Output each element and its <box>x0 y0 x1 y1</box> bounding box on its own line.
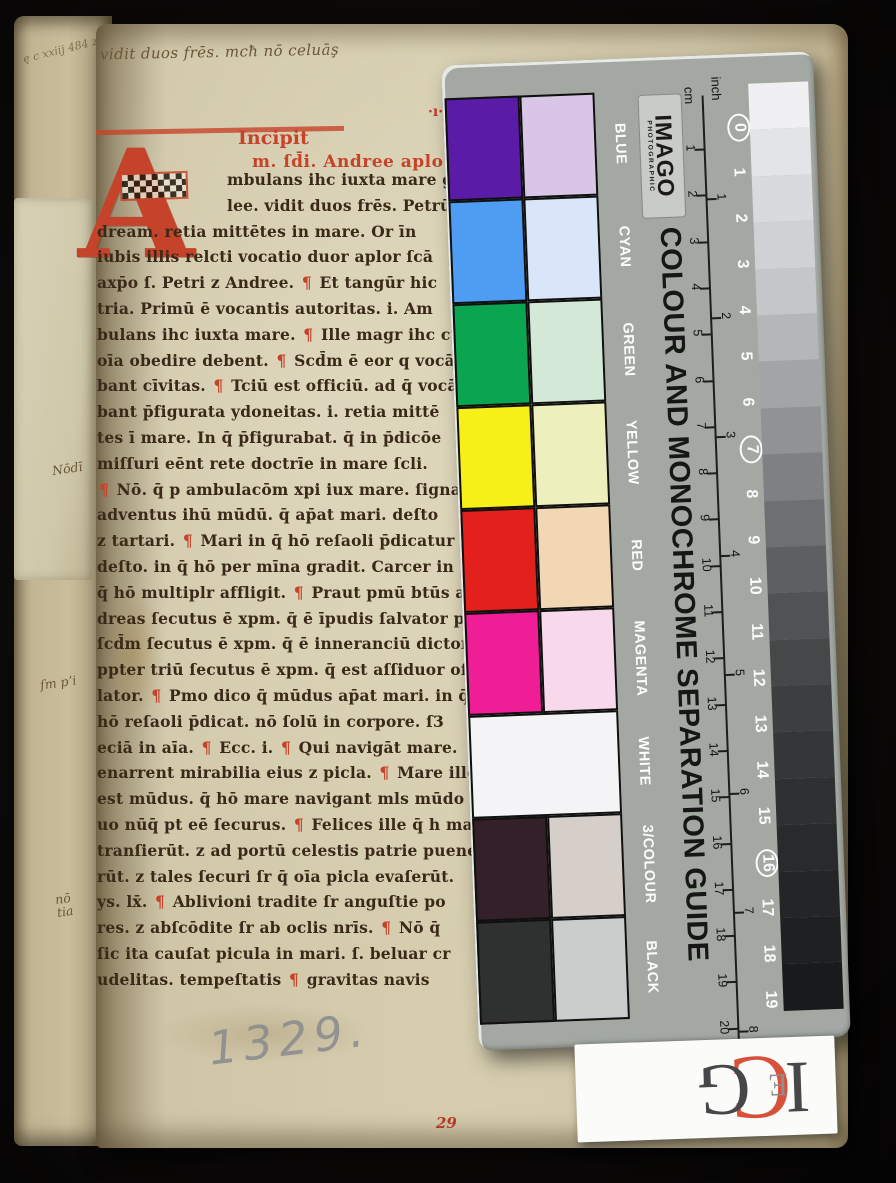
manuscript-line: res. z abſcōdite ſr ab oclis nrīs. ¶ Nō … <box>97 915 469 941</box>
patch-black-solid <box>476 919 555 1025</box>
grayscale-step-number: 12 <box>747 665 768 690</box>
manuscript-line: oīa obedire debent. ¶ Scd̄m ē eor q vocā <box>97 348 469 374</box>
grayscale-step-number: 0 <box>727 113 751 142</box>
patch-magenta-solid <box>464 610 543 716</box>
colour-label-text: CYAN <box>615 225 633 267</box>
ruler-cm-number: 14 <box>706 740 721 759</box>
red-paragraph-mark: ¶ <box>279 738 293 757</box>
grayscale-patch <box>780 916 842 965</box>
grayscale-patch <box>766 545 828 594</box>
grayscale-patch <box>762 452 824 501</box>
red-paragraph-mark: ¶ <box>149 686 163 705</box>
manuscript-line: dreas ſecutus ē xpm. q̄ ē īpudis ſalvato… <box>97 606 469 632</box>
grayscale-patch <box>750 128 812 177</box>
patch-red-solid <box>460 507 539 613</box>
patch-green-solid <box>452 301 531 407</box>
manuscript-text-block: mbulans ihc iuxta mare galilee. vidit du… <box>97 167 469 993</box>
manuscript-line: dream. retia mittētes in mare. Or īn <box>97 219 469 245</box>
ruler-inch-label: inch <box>708 76 724 100</box>
manuscript-line: ¶ Nō. q̄ p ambulacōm xpi iux mare. ſigna… <box>97 477 469 503</box>
grayscale-patch <box>778 869 840 918</box>
margin-note: Nōdī <box>51 460 83 477</box>
grayscale-step-number: 16 <box>755 849 779 878</box>
manuscript-line: deſto. in q̄ hō per mīna gradit. Carcer … <box>97 554 469 580</box>
grayscale-step-number: 3 <box>732 252 753 277</box>
manuscript-line: eciā in aīa. ¶ Ecc. i. ¶ Qui navigāt mar… <box>97 735 469 761</box>
red-paragraph-mark: ¶ <box>300 273 314 292</box>
grayscale-patch <box>777 823 839 872</box>
ruler-cm-number: 12 <box>703 648 718 667</box>
manuscript-line: enarrent mirabilia eius z picla. ¶ Mare … <box>97 760 469 786</box>
patch-cyan-tint <box>523 196 602 302</box>
colour-label-text: BLUE <box>612 122 630 164</box>
icg-logo: I C E G <box>696 1044 812 1132</box>
manuscript-line: bant cīvitas. ¶ Tciū est officiū. ad q̄ … <box>97 373 469 399</box>
red-paragraph-mark: ¶ <box>292 583 306 602</box>
manuscript-line: tranſierūt. z ad portū celestis patrie p… <box>97 838 469 864</box>
ruler-cm-number: 8 <box>696 463 711 482</box>
colour-patch-row <box>472 813 630 922</box>
ruler-cm-number: 4 <box>689 278 704 297</box>
manuscript-line: rūt. z tales ſecuri ſr q̄ oīa picla evaſ… <box>97 864 469 890</box>
patch-yellow-tint <box>531 401 610 507</box>
red-paragraph-mark: ¶ <box>181 531 195 550</box>
ruler-cm-number: 1 <box>683 139 698 158</box>
colour-patch-row <box>444 92 602 201</box>
grayscale-patch <box>775 777 837 826</box>
grayscale-patch <box>771 684 833 733</box>
colour-label-text: MAGENTA <box>631 620 650 696</box>
ruler-inch-number: 7 <box>742 901 757 920</box>
red-paragraph-mark: ¶ <box>200 738 214 757</box>
colour-label-text: GREEN <box>619 322 637 377</box>
manuscript-line: ſic ita cauſat picula in mari. ſ. beluar… <box>97 941 469 967</box>
ruler-inch-number: 8 <box>746 1020 761 1039</box>
ruler-inch-number: 4 <box>728 544 743 563</box>
margin-note: nō tia <box>54 891 74 919</box>
red-paragraph-mark: ¶ <box>379 918 393 937</box>
colour-label-white: WHITE <box>618 708 670 813</box>
grayscale-step-number: 1 <box>728 160 749 185</box>
icg-letter-e: E <box>768 1067 789 1105</box>
ruler-cm-number: 2 <box>685 185 700 204</box>
colour-patch-row <box>476 916 634 1025</box>
grayscale-step-number: 13 <box>749 711 770 736</box>
ruler-cm-number: 5 <box>690 324 705 343</box>
grayscale-step-number: 15 <box>753 803 774 828</box>
grayscale-step-number: 8 <box>740 482 761 507</box>
manuscript-line: uo nūq̄ pt eē ſecurus. ¶ Felices ille q̄… <box>97 812 469 838</box>
red-paragraph-mark: ¶ <box>274 351 288 370</box>
manuscript-line: ys. lx̄. ¶ Ablivioni tradite ſr anguſtie… <box>97 889 469 915</box>
photograph-stage: ę c xxiij 484 z vidit duos frēs. mcħ nō … <box>0 0 896 1183</box>
patch-red-tint <box>535 504 614 610</box>
ruler-cm-number: 16 <box>710 833 725 852</box>
manuscript-line: mbulans ihc iuxta mare gali <box>97 167 469 193</box>
red-paragraph-mark: ¶ <box>97 480 111 499</box>
grayscale-step-number: 14 <box>751 757 772 782</box>
manuscript-line: lator. ¶ Pmo dico q̄ mūdus ap̄at mari. i… <box>97 683 469 709</box>
patch-white <box>468 710 622 819</box>
colour-label-text: YELLOW <box>623 419 641 485</box>
grayscale-patch <box>761 406 823 455</box>
icg-label-card: I C E G <box>574 1035 837 1142</box>
ruler-cm-number: 18 <box>713 925 728 944</box>
ruler-inch-number: 2 <box>719 306 734 325</box>
manuscript-line: miſſuri eēnt rete doctrīe in mare ſcli. <box>97 451 469 477</box>
grayscale-patch <box>764 499 826 548</box>
manuscript-line: udelitas. tempeſtatis ¶ gravitas navis <box>97 967 469 993</box>
red-paragraph-mark: ¶ <box>301 325 315 344</box>
colour-patch-row <box>448 195 606 304</box>
colour-label-text: 3/COLOUR <box>639 824 658 903</box>
colour-label-magenta: MAGENTA <box>614 605 666 710</box>
ruler-cm-number: 3 <box>687 231 702 250</box>
grayscale-patch <box>759 360 821 409</box>
ruler-cm-number: 20 <box>717 1018 732 1037</box>
quire-mark-red: 29 <box>436 1114 457 1132</box>
grayscale-patch <box>753 221 815 270</box>
patch-blue-tint <box>519 93 598 199</box>
ruler-cm-number: 13 <box>705 694 720 713</box>
colour-label-text: WHITE <box>635 736 653 786</box>
colour-patch-row <box>456 401 614 510</box>
red-paragraph-mark: ¶ <box>153 892 167 911</box>
grayscale-step-number: 9 <box>742 528 763 553</box>
colour-label-3/colour: 3/COLOUR <box>622 811 674 916</box>
manuscript-line: ppter triū ſecutus ē xpm. q̄ est aſſiduo… <box>97 657 469 683</box>
grayscale-patch <box>768 591 830 640</box>
grayscale-step-number: 19 <box>760 987 781 1012</box>
grayscale-step-number: 4 <box>733 298 754 323</box>
grayscale-step-number: 10 <box>744 573 765 598</box>
ruler-cm-number: 9 <box>697 509 712 528</box>
manuscript-line: adventus ihū mūdū. q̄ ap̄at mari. deſto <box>97 502 469 528</box>
manuscript-line: tria. Primū ē vocantis autoritas. i. Am <box>97 296 469 322</box>
grayscale-patch <box>755 267 817 316</box>
ruler-cm-number: 17 <box>712 879 727 898</box>
colour-label-black: BLACK <box>626 914 678 1019</box>
ruler-cm-number: 10 <box>699 555 714 574</box>
patch-3/colour-solid <box>472 816 551 922</box>
red-paragraph-mark: ¶ <box>292 815 306 834</box>
colour-label-yellow: YELLOW <box>606 400 658 505</box>
manuscript-line: tes ī mare. In q̄ p̄figurabat. q̄ in p̄d… <box>97 425 469 451</box>
ruler-cm-label: cm <box>681 87 697 105</box>
grayscale-step-number: 6 <box>737 390 758 415</box>
patch-cyan-solid <box>448 198 527 304</box>
folio-mark-red: ·ı· <box>428 104 443 120</box>
ruler-cm-number: 15 <box>708 786 723 805</box>
ruler-cm-number: 6 <box>692 370 707 389</box>
ruler-cm-number: 7 <box>694 416 709 435</box>
manuscript-line: iubis illis relcti vocatio duor aplor ſc… <box>97 244 469 270</box>
manuscript-line: z tartari. ¶ Mari in q̄ hō reſaoli p̄dic… <box>97 528 469 554</box>
patch-yellow-solid <box>456 404 535 510</box>
ruler-inch-number: 6 <box>737 782 752 801</box>
manuscript-line: bulans ihc iuxta mare. ¶ Ille magr ihc c… <box>97 322 469 348</box>
patch-magenta-tint <box>539 607 618 713</box>
colour-label-red: RED <box>610 502 662 607</box>
grayscale-step-number: 11 <box>746 619 767 644</box>
patch-blue-solid <box>444 96 523 202</box>
colour-patch-row <box>464 607 622 716</box>
grayscale-patch <box>782 962 844 1011</box>
patch-green-tint <box>527 298 606 404</box>
colour-separation-card: BLUECYANGREENYELLOWREDMAGENTAWHITE3/COLO… <box>441 51 851 1051</box>
ruler-inch-number: 1 <box>714 188 729 207</box>
grayscale-patch <box>770 638 832 687</box>
grayscale-step-number: 18 <box>758 941 779 966</box>
colour-patch-row <box>452 298 610 407</box>
grayscale-step-number: 17 <box>756 895 777 920</box>
grayscale-step-number: 7 <box>739 435 763 464</box>
grayscale-step-number: 2 <box>730 206 751 231</box>
patch-black-tint <box>551 916 630 1022</box>
colour-label-text: RED <box>628 539 645 572</box>
grayscale-patch <box>748 81 810 130</box>
grayscale-patch <box>752 174 814 223</box>
manuscript-line: axp̄o ſ. Petri z Andree. ¶ Et tangūr hic <box>97 270 469 296</box>
manuscript-line: ſcd̄m ſecutus ē xpm. q̄ ē inneranciū dic… <box>97 631 469 657</box>
ruler-cm-number: 11 <box>701 601 716 620</box>
ruler-inch-number: 3 <box>723 425 738 444</box>
manuscript-line: hō reſaoli p̄dicat. nō ſolū in corpore. … <box>97 709 469 735</box>
colour-patch-row <box>460 504 618 613</box>
patch-3/colour-tint <box>547 813 626 919</box>
rubric-incipit: Incipit <box>238 127 309 149</box>
red-paragraph-mark: ¶ <box>287 970 301 989</box>
manuscript-line: est mūdus. q̄ hō mare navigant mls mūdo <box>97 786 469 812</box>
ruler-cm-number: 19 <box>715 972 730 991</box>
colour-label-green: GREEN <box>602 297 654 402</box>
manuscript-line: q̄ hō multiplr affligit. ¶ Praut pmū btū… <box>97 580 469 606</box>
red-paragraph-mark: ¶ <box>377 763 391 782</box>
icg-letter-g: G <box>696 1051 752 1127</box>
colour-label-text: BLACK <box>643 940 661 994</box>
grayscale-patch <box>773 730 835 779</box>
grayscale-step-number: 5 <box>735 344 756 369</box>
manuscript-line: lee. vidit duos frēs. Petrū z An <box>97 193 469 219</box>
colour-patch-row <box>468 710 626 819</box>
ruler-inch-number: 5 <box>732 663 747 682</box>
manuscript-line: bant p̄figurata ydoneitas. i. retia mitt… <box>97 399 469 425</box>
red-paragraph-mark: ¶ <box>211 376 225 395</box>
grayscale-patch <box>757 313 819 362</box>
